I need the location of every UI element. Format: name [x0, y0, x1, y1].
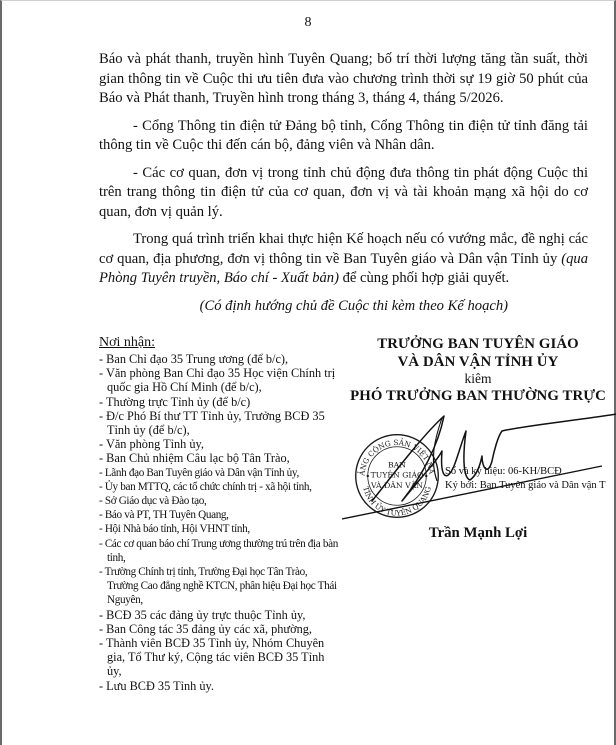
seal-center-line1: BAN [388, 460, 406, 469]
recipient-item: - Báo và PT, TH Tuyên Quang, [99, 508, 339, 522]
recipient-item: - Văn phòng Ban Chỉ đạo 35 Học viện Chín… [99, 366, 339, 394]
recipient-item: - Ban Công tác 35 đảng ủy các xã, phường… [99, 622, 339, 636]
signature-title-line2: VÀ DÂN VẬN TỈNH ỦY [342, 353, 614, 371]
recipient-item: - Thành viên BCĐ 35 Tỉnh ủy, Nhóm Chuyên… [99, 636, 339, 679]
recipients-block: Nơi nhận: - Ban Chỉ đạo 35 Trung ương (đ… [99, 335, 339, 693]
digital-signature-by: Ký bởi: Ban Tuyên giáo và Dân vận T [445, 479, 615, 493]
recipient-item: - BCĐ 35 các đảng ủy trực thuộc Tỉnh ủy, [99, 608, 339, 622]
recipient-item: - Các cơ quan báo chí Trung ương thường … [99, 537, 339, 565]
recipient-item: - Ban Chỉ đạo 35 Trung ương (để b/c), [99, 352, 339, 366]
recipient-item: - Ban Chủ nhiệm Câu lạc bộ Tân Trào, [99, 451, 339, 465]
digital-signature-number: Số và ký hiệu: 06-KH/BCĐ [445, 465, 615, 479]
issues-end-text: để cùng phối hợp giải quyết. [339, 270, 509, 286]
issues-main-text: Trong quá trình triển khai thực hiện Kế … [99, 231, 588, 267]
body-text: Báo và phát thanh, truyền hình Tuyên Qua… [99, 50, 588, 324]
recipient-item: - Đ/c Phó Bí thư TT Tỉnh ủy, Trưởng BCĐ … [99, 409, 339, 437]
recipient-item: - Văn phòng Tỉnh ủy, [99, 437, 339, 451]
signature-title-line1: TRƯỞNG BAN TUYÊN GIÁO [342, 335, 614, 353]
document-page: 8 Báo và phát thanh, truyền hình Tuyên Q… [0, 0, 616, 745]
signature-kiem: kiêm [342, 371, 614, 387]
recipient-list: - Ban Chỉ đạo 35 Trung ương (để b/c),- V… [99, 352, 339, 693]
recipient-item: - Lưu BCĐ 35 Tỉnh ủy. [99, 679, 339, 693]
digital-signature-info: Số và ký hiệu: 06-KH/BCĐ Ký bởi: Ban Tuy… [445, 465, 615, 493]
recipient-item: - Trường Chính trị tỉnh, Trường Đại học … [99, 565, 339, 608]
paragraph-portal: - Cổng Thông tin điện tử Đảng bộ tỉnh, C… [99, 117, 588, 156]
recipient-item: - Hội Nhà báo tỉnh, Hội VHNT tỉnh, [99, 522, 339, 536]
recipients-title: Nơi nhận: [99, 335, 339, 351]
signature-title-line3: PHÓ TRƯỞNG BAN THƯỜNG TRỰC [342, 387, 614, 405]
recipient-item: - Ủy ban MTTQ, các tổ chức chính trị - x… [99, 480, 339, 494]
page-number: 8 [2, 15, 614, 31]
annex-note: (Có định hướng chủ đề Cuộc thi kèm theo … [99, 297, 588, 317]
paragraph-agencies: - Các cơ quan, đơn vị trong tỉnh chủ độn… [99, 164, 588, 223]
seal-center-line3: VÀ DÂN VẬN [370, 481, 423, 490]
paragraph-broadcast: Báo và phát thanh, truyền hình Tuyên Qua… [99, 50, 588, 109]
paragraph-issues: Trong quá trình triển khai thực hiện Kế … [99, 230, 588, 289]
official-seal-icon: ĐẢNG CỘNG SẢN VIỆT NAM TỈNH ỦY TUYÊN QUA… [354, 433, 440, 519]
recipient-item: - Thường trực Tỉnh ủy (để b/c) [99, 395, 339, 409]
signature-block: TRƯỞNG BAN TUYÊN GIÁO VÀ DÂN VẬN TỈNH ỦY… [342, 335, 614, 405]
recipient-item: - Lãnh đạo Ban Tuyên giáo và Dân vận Tỉn… [99, 466, 339, 480]
seal-center-line2: TUYÊN GIÁO [371, 471, 424, 480]
signer-name: Trần Mạnh Lợi [342, 525, 614, 542]
recipient-item: - Sở Giáo dục và Đào tạo, [99, 494, 339, 508]
